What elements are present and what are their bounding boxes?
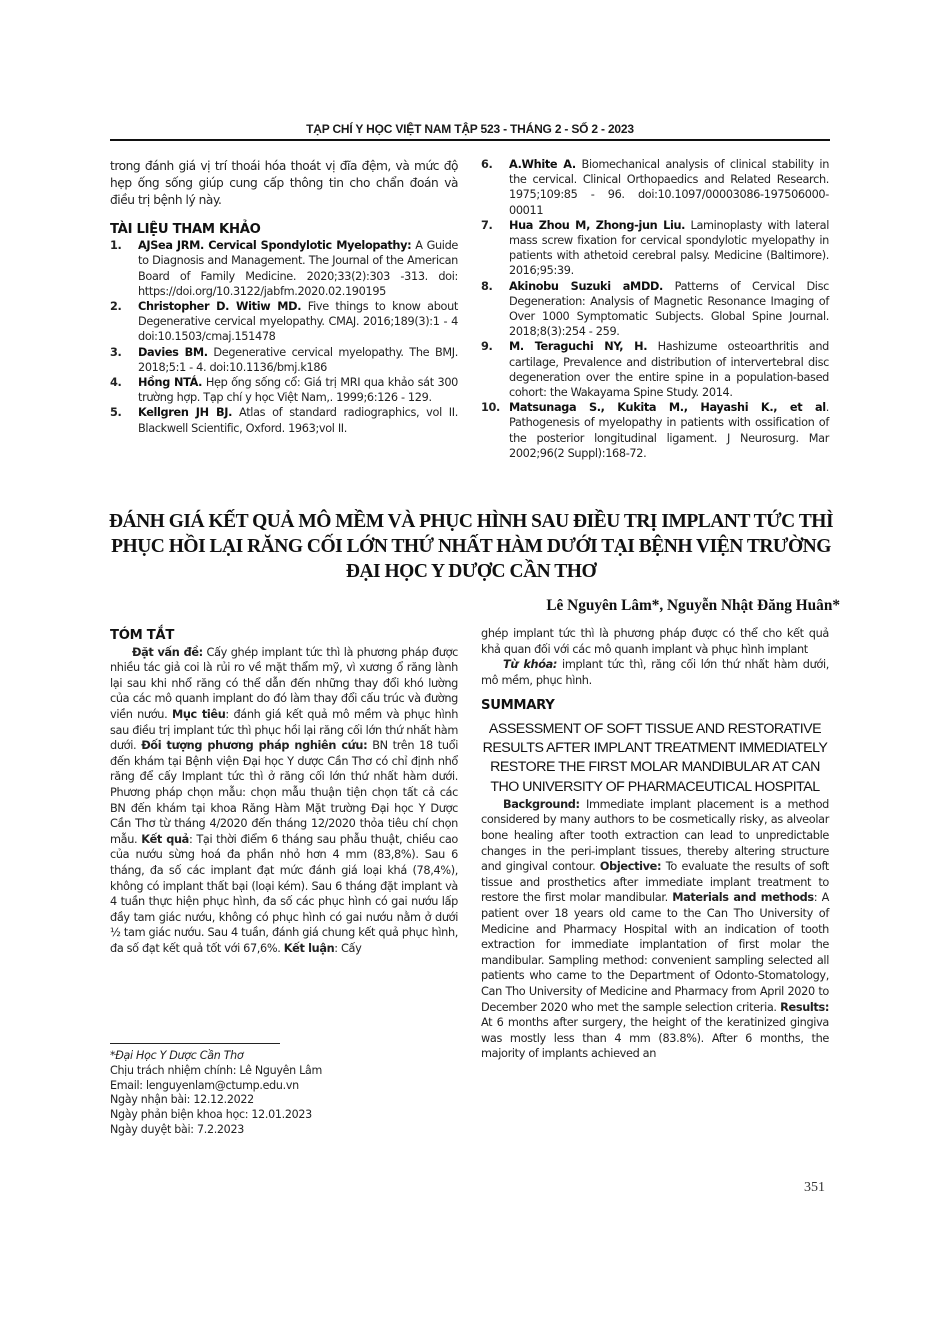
reference-item: 3.Davies BM. Degenerative cervical myelo… (110, 345, 458, 375)
reference-item: 8.Akinobu Suzuki aMDD. Patterns of Cervi… (481, 279, 829, 340)
corresponding-author: Chịu trách nhiệm chính: Lê Nguyên Lâm (110, 1064, 458, 1079)
summary-vi-body: Đặt vấn đề: Cấy ghép implant tức thì là … (110, 645, 458, 957)
references-heading: TÀI LIỆU THAM KHẢO (110, 222, 458, 237)
summary-vi-heading: TÓM TẮT (110, 628, 458, 644)
reference-item: 4.Hồng NTÁ. Hẹp ống sống cổ: Giá trị MRI… (110, 375, 458, 405)
reference-item: 1.AJSea JRM. Cervical Spondylotic Myelop… (110, 238, 458, 299)
footnote-divider (110, 1043, 280, 1044)
reference-item: 10.Matsunaga S., Kukita M., Hayashi K., … (481, 400, 829, 461)
reference-item: 2.Christopher D. Witiw MD. Five things t… (110, 299, 458, 345)
summary-vi-conclusion-continued: ghép implant tức thì là phương pháp được… (481, 626, 829, 657)
affiliation: *Đại Học Y Dược Cần Thơ (110, 1049, 458, 1064)
references-right: 6.A.White A. Biomechanical analysis of c… (481, 157, 829, 461)
journal-page: TẠP CHÍ Y HỌC VIỆT NAM TẬP 523 - THÁNG 2… (0, 0, 942, 1333)
article-authors: Lê Nguyên Lâm*, Nguyễn Nhật Đăng Huân* (546, 597, 840, 615)
summary-en-title: ASSESSMENT OF SOFT TISSUE AND RESTORATIV… (481, 720, 829, 797)
footnote: *Đại Học Y Dược Cần Thơ Chịu trách nhiệm… (110, 1049, 458, 1138)
reference-item: 6.A.White A. Biomechanical analysis of c… (481, 157, 829, 218)
reference-item: 7.Hua Zhou M, Zhong-jun Liu. Laminoplast… (481, 218, 829, 279)
reference-item: 5.Kellgren JH BJ. Atlas of standard radi… (110, 405, 458, 435)
references-left: TÀI LIỆU THAM KHẢO 1.AJSea JRM. Cervical… (110, 222, 458, 436)
previous-article-conclusion: trong đánh giá vị trí thoái hóa thoát vị… (110, 158, 458, 210)
running-header: TẠP CHÍ Y HỌC VIỆT NAM TẬP 523 - THÁNG 2… (110, 122, 830, 141)
date-accepted: Ngày duyệt bài: 7.2.2023 (110, 1123, 458, 1138)
email: Email: lenguyenlam@ctump.edu.vn (110, 1079, 458, 1094)
article-title: ĐÁNH GIÁ KẾT QUẢ MÔ MỀM VÀ PHỤC HÌNH SAU… (100, 509, 842, 584)
date-reviewed: Ngày phản biện khoa học: 12.01.2023 (110, 1108, 458, 1123)
summary-vi-keywords: Từ khóa: implant tức thì, răng cối lớn t… (481, 657, 829, 688)
page-number: 351 (804, 1180, 825, 1196)
reference-item: 9.M. Teraguchi NY, H. Hashizume osteoart… (481, 339, 829, 400)
summary-en-body: Background: Immediate implant placement … (481, 797, 829, 1062)
abstract-vietnamese: TÓM TẮT Đặt vấn đề: Cấy ghép implant tức… (110, 628, 458, 956)
summary-en-heading: SUMMARY (481, 698, 829, 714)
date-received: Ngày nhận bài: 12.12.2022 (110, 1093, 458, 1108)
abstract-continuation: ghép implant tức thì là phương pháp được… (481, 626, 829, 1062)
